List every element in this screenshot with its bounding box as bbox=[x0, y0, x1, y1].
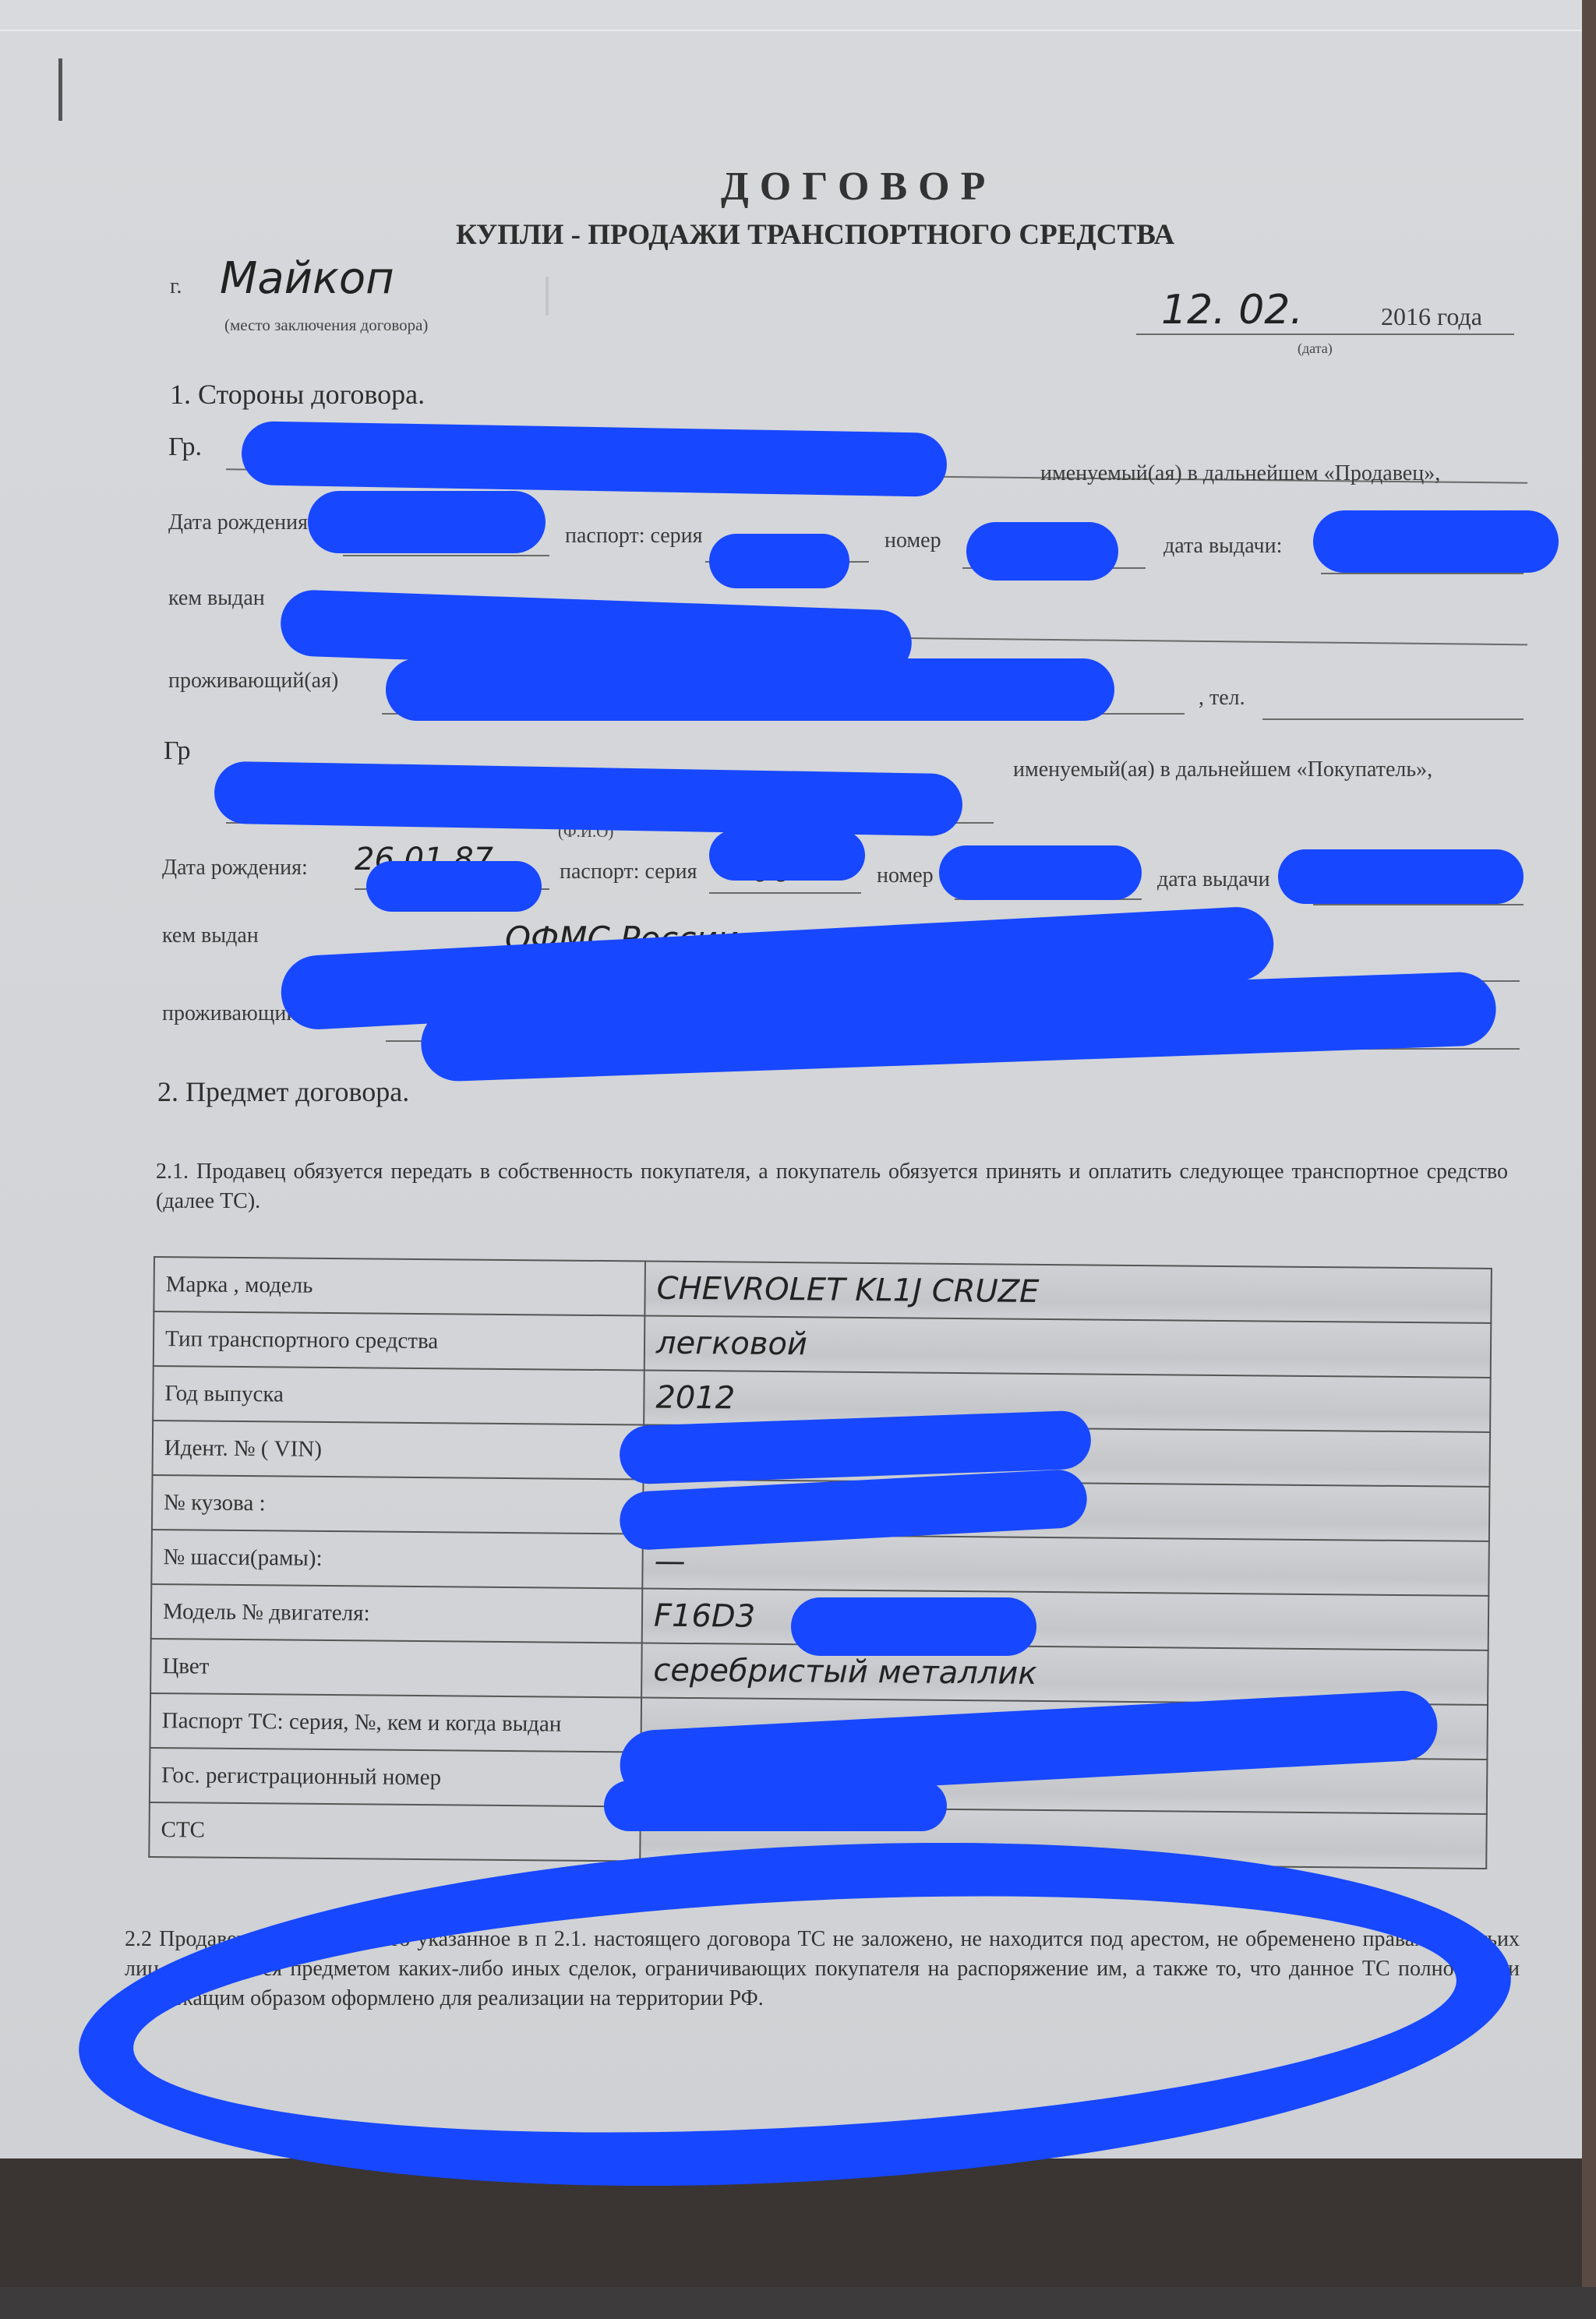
vehicle-field-label: Год выпуска bbox=[153, 1366, 644, 1424]
vehicle-field-label: № шасси(рамы): bbox=[151, 1530, 643, 1588]
vehicle-field-label: № кузова : bbox=[152, 1475, 644, 1534]
date-underline bbox=[1136, 334, 1514, 335]
vehicle-field-label: Марка , модель bbox=[154, 1257, 645, 1315]
redaction-seller-name bbox=[241, 421, 947, 497]
buyer-role: именуемый(ая) в дальнейшем «Покупатель», bbox=[1013, 757, 1432, 782]
handwritten-value: F16D3 bbox=[654, 1598, 756, 1635]
field-divider bbox=[546, 277, 549, 316]
document-page: ДОГОВОР КУПЛИ - ПРОДАЖИ ТРАНСПОРТНОГО СР… bbox=[0, 0, 1582, 2158]
buyer-issue-date-line bbox=[1313, 904, 1524, 905]
buyer-number-label: номер bbox=[877, 863, 934, 888]
buyer-issued-by-label: кем выдан bbox=[162, 923, 259, 948]
redaction-buyer-series bbox=[709, 830, 865, 881]
vehicle-field-label: Тип транспортного средства bbox=[154, 1311, 645, 1370]
vehicle-field-value: F16D3 bbox=[642, 1588, 1489, 1650]
buyer-issue-date-label: дата выдачи bbox=[1157, 867, 1270, 892]
city-caption: (место заключения договора) bbox=[224, 316, 428, 335]
redaction-seller-number bbox=[966, 522, 1118, 581]
seller-birth-line bbox=[343, 555, 549, 556]
redaction-buyer-name bbox=[214, 761, 962, 837]
document-subtitle: КУПЛИ - ПРОДАЖИ ТРАНСПОРТНОГО СРЕДСТВА bbox=[456, 218, 1174, 252]
seller-role: именуемый(ая) в дальнейшем «Продавец», bbox=[1040, 461, 1440, 486]
city-value: Майкоп bbox=[220, 253, 394, 304]
buyer-passport-series-label: паспорт: серия bbox=[560, 859, 697, 884]
date-caption: (дата) bbox=[1298, 341, 1333, 357]
page-top-edge bbox=[0, 0, 1596, 31]
vehicle-field-value: легковой bbox=[644, 1316, 1492, 1378]
redaction-seller-series bbox=[709, 534, 849, 588]
redaction-buyer-issue-date bbox=[1278, 849, 1524, 904]
section-1-heading: 1. Стороны договора. bbox=[170, 378, 425, 411]
seller-issue-date-label: дата выдачи: bbox=[1163, 534, 1282, 559]
redaction-engine-number bbox=[791, 1597, 1036, 1656]
vehicle-field-label: СТС bbox=[149, 1802, 641, 1861]
document-title: ДОГОВОР bbox=[721, 164, 996, 210]
buyer-series-line bbox=[709, 892, 861, 894]
buyer-birth-label: Дата рождения: bbox=[162, 856, 308, 881]
background-bottom bbox=[0, 2287, 1596, 2319]
vehicle-field-label: Идент. № ( VIN) bbox=[153, 1421, 644, 1479]
handwritten-value: 2012 bbox=[655, 1380, 735, 1417]
redaction-seller-address bbox=[386, 658, 1114, 721]
vehicle-field-label: Цвет bbox=[150, 1639, 642, 1697]
seller-residing-label: проживающий(ая) bbox=[168, 669, 338, 694]
buyer-prefix: Гр bbox=[164, 736, 191, 766]
seller-birth-label: Дата рождения bbox=[168, 510, 308, 535]
redaction-buyer-number bbox=[939, 845, 1142, 900]
handwritten-value: легковой bbox=[656, 1325, 807, 1363]
redaction-buyer-birth bbox=[366, 861, 542, 912]
vehicle-field-label: Гос. регистрационный номер bbox=[150, 1748, 641, 1806]
section-2-heading: 2. Предмет договора. bbox=[157, 1075, 409, 1108]
seller-passport-series-label: паспорт: серия bbox=[565, 524, 703, 549]
date-value: 12. 02. bbox=[1161, 287, 1303, 334]
seller-issued-by-label: кем выдан bbox=[168, 586, 265, 611]
margin-mark bbox=[58, 58, 62, 121]
seller-prefix: Гр. bbox=[168, 432, 202, 462]
clause-2-1: 2.1. Продавец обязуется передать в собст… bbox=[156, 1157, 1508, 1216]
vehicle-field-label: Модель № двигателя: bbox=[151, 1584, 643, 1643]
redaction-registration-number bbox=[604, 1781, 947, 1831]
redaction-oval-clause-2-2 bbox=[70, 1809, 1520, 2219]
vehicle-field-label: Паспорт ТС: серия, №, кем и когда выдан bbox=[150, 1693, 641, 1752]
city-prefix: г. bbox=[170, 274, 182, 299]
seller-phone-line bbox=[1262, 718, 1524, 720]
date-year: 2016 года bbox=[1381, 302, 1482, 331]
handwritten-value: серебристый металлик bbox=[653, 1653, 1037, 1692]
seller-phone-label: , тел. bbox=[1199, 686, 1245, 711]
seller-issue-date-line bbox=[1321, 573, 1524, 574]
handwritten-value: CHEVROLET KL1J CRUZE bbox=[656, 1271, 1039, 1310]
seller-number-label: номер bbox=[885, 528, 941, 553]
redaction-seller-issue-date bbox=[1313, 510, 1559, 573]
background-right bbox=[1582, 0, 1596, 2319]
redaction-seller-birth bbox=[308, 491, 546, 553]
vehicle-field-value: CHEVROLET KL1J CRUZE bbox=[644, 1262, 1492, 1323]
